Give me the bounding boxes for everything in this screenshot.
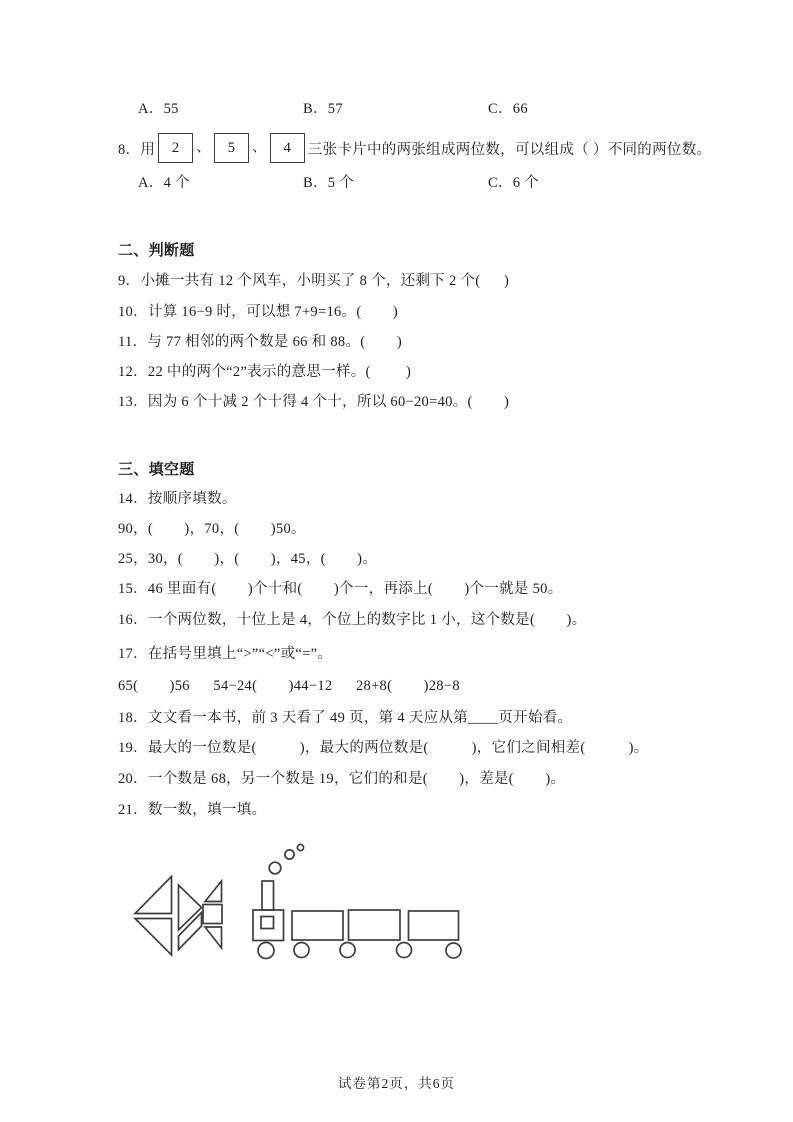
- question-13: 13．因为 6 个十减 2 个十得 4 个十，所以 60−20=40。( ): [118, 394, 509, 411]
- train-chimney: [262, 881, 274, 910]
- smoke-circle-2: [285, 850, 294, 859]
- question-8-row: 8．用 2、5、4 三张卡片中的两张组成两位数，可以组成（ ）不同的两位数。: [118, 132, 711, 164]
- option-7-a: A．55: [138, 101, 179, 118]
- question-8-prefix: 8．用: [118, 138, 155, 159]
- question-19: 19．最大的一位数是( )，最大的两位数是( )，它们之间相差( )。: [118, 740, 649, 757]
- option-7-c: C．66: [488, 101, 528, 118]
- fish-big-triangle-bottom: [135, 919, 172, 956]
- question-14-line-2: 25，30，( )，( )，45，( )。: [118, 551, 377, 568]
- question-17: 17．在括号里填上“>”“<”或“=”。: [118, 646, 332, 663]
- wheel-5: [446, 943, 461, 958]
- question-17-line: 65( )56 54−24( )44−12 28+8( )28−8: [118, 678, 460, 695]
- option-8-c: C．6 个: [488, 175, 539, 192]
- smoke-circle-3: [297, 844, 303, 850]
- wheel-2: [294, 943, 309, 958]
- train-window: [261, 917, 274, 929]
- fish-small-triangle-bottom: [205, 927, 222, 948]
- page-footer: 试卷第2页，共6页: [0, 1072, 793, 1092]
- question-18: 18．文文看一本书，前 3 天看了 49 页，第 4 天应从第____页开始看。: [118, 710, 572, 727]
- number-card-4: 4: [270, 133, 305, 163]
- question-21-figure: [125, 835, 470, 965]
- smoke-circle-1: [269, 862, 281, 874]
- wheel-3: [340, 943, 355, 958]
- question-12: 12．22 中的两个“2”表示的意思一样。( ): [118, 364, 411, 381]
- question-16: 16．一个两位数，十位上是 4，个位上的数字比 1 小，这个数是( )。: [118, 612, 586, 629]
- question-8-suffix: 三张卡片中的两张组成两位数，可以组成（ ）不同的两位数。: [308, 138, 712, 159]
- question-10: 10．计算 16−9 时，可以想 7+9=16。( ): [118, 304, 398, 321]
- question-11: 11．与 77 相邻的两个数是 66 和 88。( ): [118, 334, 402, 351]
- number-card-5: 5: [214, 133, 249, 163]
- option-7-b: B．57: [303, 101, 343, 118]
- wheel-4: [397, 943, 412, 958]
- train-car-1: [292, 911, 343, 940]
- fish-small-triangle-top: [205, 881, 222, 902]
- question-14-line-1: 90，( )，70，( )50。: [118, 521, 306, 538]
- section-2-heading: 二、判断题: [118, 243, 195, 260]
- number-cards: 2、5、4: [155, 133, 308, 163]
- number-card-2: 2: [158, 133, 193, 163]
- train-car-3: [409, 911, 459, 940]
- question-9: 9．小摊一共有 12 个风车，小明买了 8 个，还剩下 2 个( ): [118, 273, 509, 290]
- fish-square: [203, 905, 222, 924]
- question-15: 15．46 里面有( )个十和( )个一，再添上( )个一就是 50。: [118, 581, 563, 598]
- option-8-a: A．4 个: [138, 175, 190, 192]
- option-8-b: B．5 个: [303, 175, 354, 192]
- question-20: 20．一个数是 68，另一个数是 19，它们的和是( )，差是( )。: [118, 771, 565, 788]
- train-engine: [253, 910, 284, 941]
- wheel-1: [258, 943, 274, 959]
- question-14: 14．按顺序填数。: [118, 491, 237, 508]
- section-3-heading: 三、填空题: [118, 462, 195, 479]
- fish-big-triangle-top: [135, 877, 172, 914]
- exam-page: A．55B．57C．66A．4 个B．5 个C．6 个二、判断题9．小摊一共有 …: [0, 0, 793, 1122]
- train-car-2: [349, 910, 401, 940]
- question-21: 21．数一数，填一填。: [118, 802, 266, 819]
